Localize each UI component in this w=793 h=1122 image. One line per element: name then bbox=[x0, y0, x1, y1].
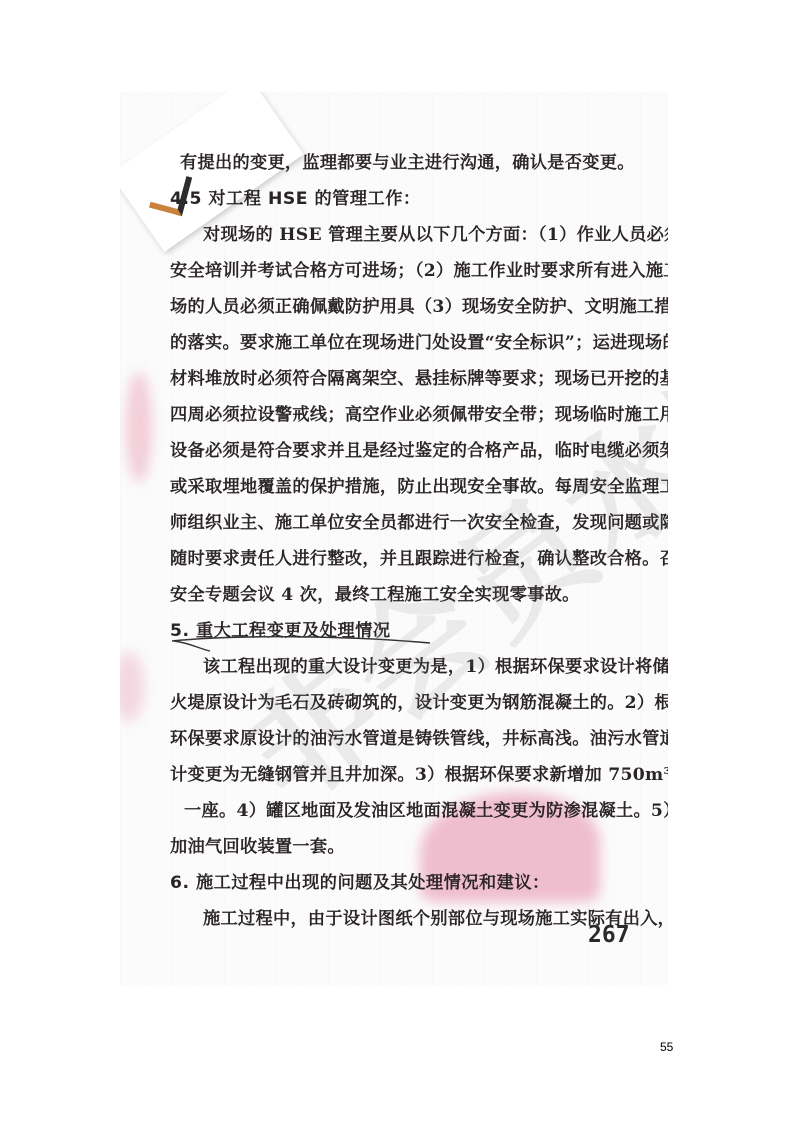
scanned-text-block: 有提出的变更，监理都要与业主进行沟通，确认是否变更。 4.5 对工程 HSE 的… bbox=[170, 145, 640, 937]
text-line: 师组织业主、施工单位安全员都进行一次安全检查，发现问题或隐患 bbox=[170, 505, 640, 541]
text-line: 或采取埋地覆盖的保护措施，防止出现安全事故。每周安全监理工程 bbox=[170, 469, 640, 505]
text-line: 的落实。要求施工单位在现场进门处设置“安全标识”；运进现场的 bbox=[170, 325, 640, 361]
pen-underline-mark bbox=[172, 633, 432, 653]
text-line: 对现场的 HSE 管理主要从以下几个方面：（1）作业人员必须经过 bbox=[170, 217, 640, 253]
page-number: 55 bbox=[660, 1040, 673, 1054]
section-heading-4-5: 4.5 对工程 HSE 的管理工作： bbox=[170, 181, 640, 217]
text-line: 随时要求责任人进行整改，并且跟踪进行检查，确认整改合格。召开 bbox=[170, 541, 640, 577]
text-line: 施工过程中，由于设计图纸个别部位与现场施工实际有出入，监 bbox=[170, 901, 640, 937]
section-heading-6: 6. 施工过程中出现的问题及其处理情况和建议： bbox=[170, 865, 640, 901]
text-line: 火堤原设计为毛石及砖砌筑的，设计变更为钢筋混凝土的。2）根据 bbox=[170, 685, 640, 721]
text-line: 安全培训并考试合格方可进场；（2）施工作业时要求所有进入施工现 bbox=[170, 253, 640, 289]
text-line: 一座。4）罐区地面及发油区地面混凝土变更为防渗混凝土。5）新增 bbox=[170, 793, 640, 829]
book-page-number: 267 bbox=[588, 922, 630, 948]
text-line: 计变更为无缝钢管并且井加深。3）根据环保要求新增加 750m³事故池 bbox=[170, 757, 640, 793]
text-line: 材料堆放时必须符合隔离架空、悬挂标牌等要求；现场已开挖的基坑 bbox=[170, 361, 640, 397]
text-line: 加油气回收装置一套。 bbox=[170, 829, 640, 865]
pink-stain bbox=[126, 372, 152, 482]
scanned-page-photo: 有提出的变更，监理都要与业主进行沟通，确认是否变更。 4.5 对工程 HSE 的… bbox=[120, 92, 668, 985]
text-line: 环保要求原设计的油污水管道是铸铁管线，井标高浅。油污水管道设 bbox=[170, 721, 640, 757]
text-line: 四周必须拉设警戒线；高空作业必须佩带安全带；现场临时施工用电 bbox=[170, 397, 640, 433]
text-line: 设备必须是符合要求并且是经过鉴定的合格产品，临时电缆必须架空 bbox=[170, 433, 640, 469]
text-line: 该工程出现的重大设计变更为是，1）根据环保要求设计将储罐防 bbox=[170, 649, 640, 685]
text-line: 安全专题会议 4 次，最终工程施工安全实现零事故。 bbox=[170, 577, 640, 613]
text-line: 场的人员必须正确佩戴防护用具（3）现场安全防护、文明施工措施 bbox=[170, 289, 640, 325]
text-line: 有提出的变更，监理都要与业主进行沟通，确认是否变更。 bbox=[170, 145, 640, 181]
